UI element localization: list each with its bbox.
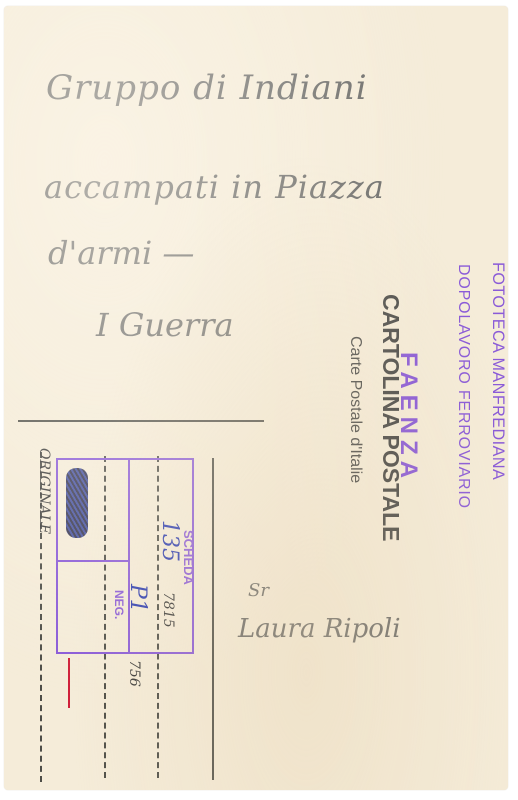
stamp-dopolavoro: DOPOLAVORO FERROVIARIO <box>454 264 472 509</box>
address-line-4 <box>212 458 214 780</box>
neg-label: NEG. <box>112 590 126 619</box>
stamp-divider-vertical <box>128 460 130 652</box>
handwritten-signature: Laura Ripoli <box>238 614 401 644</box>
archive-stamp: SCHEDA NEG. 135 7815 P1 756 <box>56 458 194 654</box>
handwritten-caption-line-3: d'armi — <box>48 234 194 272</box>
extra-number: 756 <box>126 660 142 687</box>
handwritten-caption-line-2: accampati in Piazza <box>44 168 385 206</box>
stamp-divider-horizontal <box>58 560 128 562</box>
handwritten-caption-line-4: I Guerra <box>96 306 234 344</box>
printed-title: CARTOLINA POSTALE <box>377 294 404 541</box>
handwritten-caption-line-1: Gruppo di Indiani <box>46 68 368 108</box>
scheda-value: 135 <box>157 520 182 562</box>
red-underline-mark <box>68 658 70 708</box>
printed-subtitle: Carte Postale d'Italie <box>346 336 364 483</box>
neg-value: P1 <box>125 584 150 613</box>
scheda-subvalue: 7815 <box>160 592 176 628</box>
signature-prefix: Sr <box>248 580 269 601</box>
scheda-label: SCHEDA <box>181 530 196 585</box>
note-originale: ORIGINALE <box>36 448 52 534</box>
message-divider <box>18 420 264 422</box>
scribbled-out-mark <box>66 468 88 538</box>
stamp-fototeca: FOTOTECA MANFREDIANA <box>488 262 508 480</box>
postcard: Gruppo di Indiani accampati in Piazza d'… <box>4 6 508 790</box>
